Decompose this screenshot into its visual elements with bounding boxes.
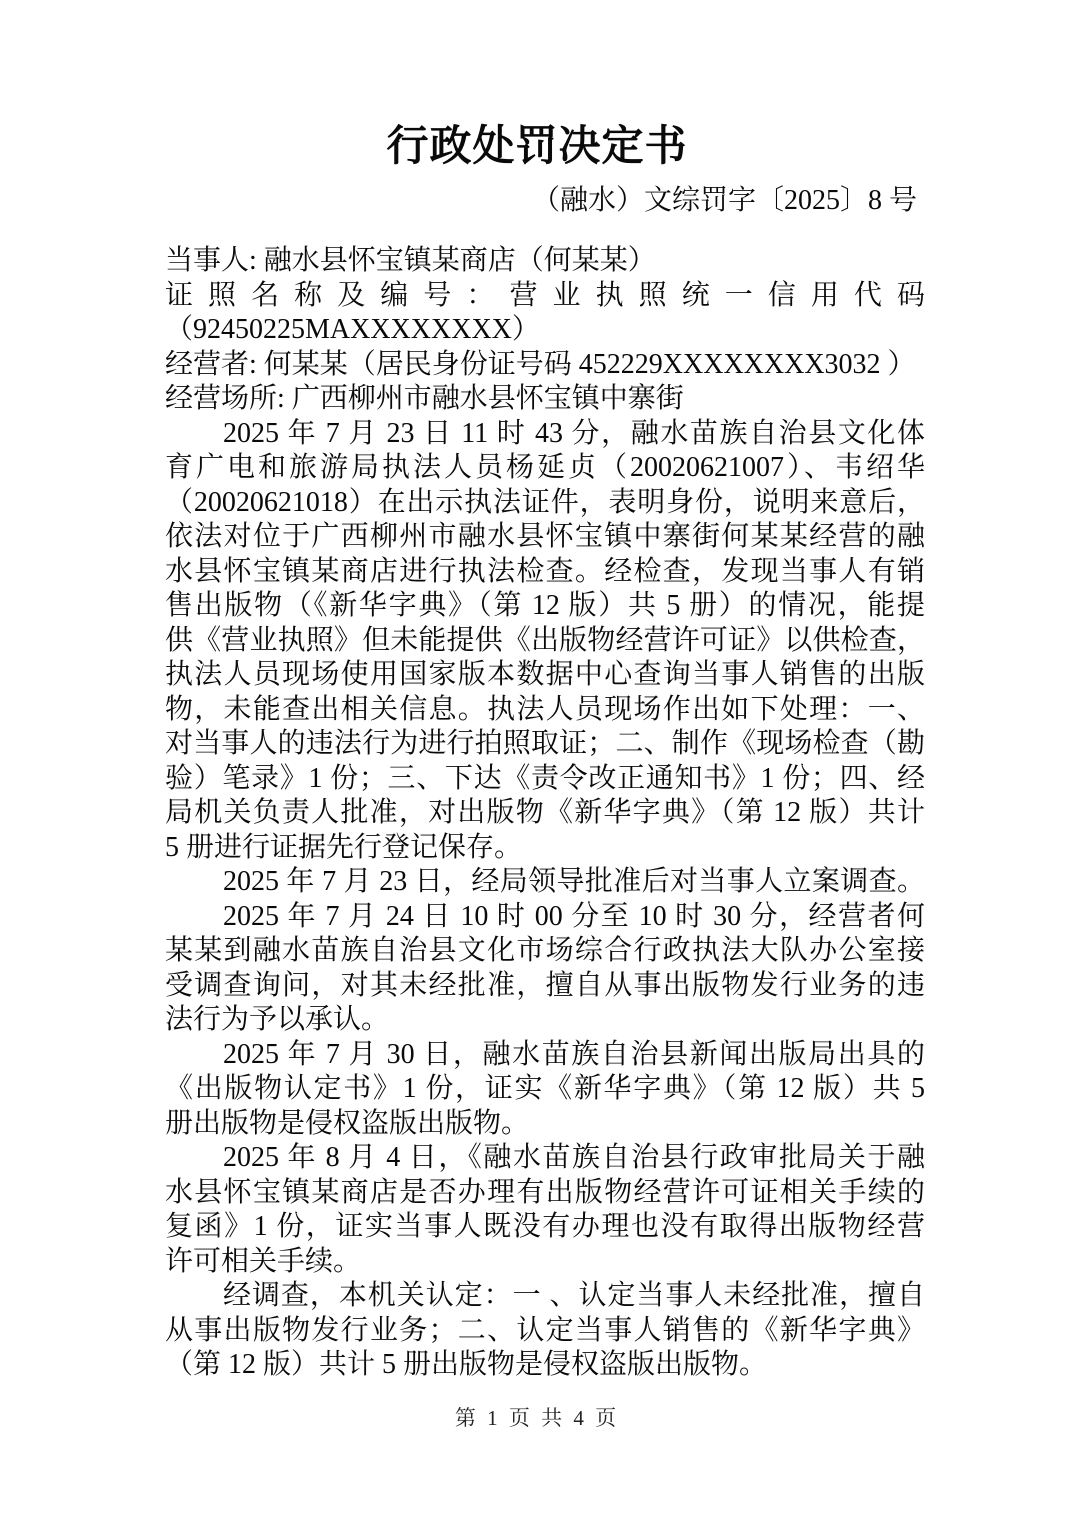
body-line: 受调查询问，对其未经批准，擅自从事出版物发行业务的违: [165, 969, 925, 1004]
body-line: 法行为予以承认。: [165, 1003, 925, 1038]
body-line: 2025 年 7 月 23 日，经局领导批准后对当事人立案调查。: [165, 865, 925, 900]
body-line: 2025 年 7 月 23 日 11 时 43 分，融水苗族自治县文化体: [165, 417, 925, 452]
page-number-footer: 第 1 页 共 4 页: [0, 1406, 1074, 1430]
body-line: 依法对位于广西柳州市融水县怀宝镇中寨街何某某经营的融: [165, 520, 925, 555]
body-line: 《出版物认定书》1 份，证实《新华字典》（第 12 版）共 5: [165, 1072, 925, 1107]
body-line: 供《营业执照》但未能提供《出版物经营许可证》以供检查，: [165, 624, 925, 659]
body-line: 5 册进行证据先行登记保存。: [165, 831, 925, 866]
body-line: 当事人: 融水县怀宝镇某商店（何某某）: [165, 244, 925, 279]
body-line: （92450225MAXXXXXXXX）: [165, 313, 925, 348]
body-line: 验）笔录》1 份；三、下达《责令改正通知书》1 份；四、经: [165, 762, 925, 797]
body-line: 册出版物是侵权盗版出版物。: [165, 1107, 925, 1142]
body-line: 经调查，本机关认定：一 、认定当事人未经批准，擅自: [165, 1279, 925, 1314]
body-line: 水县怀宝镇某商店是否办理有出版物经营许可证相关手续的: [165, 1176, 925, 1211]
body-line: 局机关负责人批准，对出版物《新华字典》（第 12 版）共计: [165, 796, 925, 831]
document-page: 行政处罚决定书 （融水）文综罚字〔2025〕8 号 当事人: 融水县怀宝镇某商店…: [0, 0, 1074, 1520]
body-line: 从事出版物发行业务；二、认定当事人销售的《新华字典》: [165, 1314, 925, 1349]
body-line: 育广电和旅游局执法人员杨延贞（20020621007）、韦绍华: [165, 451, 925, 486]
body-line: 2025 年 7 月 30 日，融水苗族自治县新闻出版局出具的: [165, 1038, 925, 1073]
body-line: 对当事人的违法行为进行拍照取证；二、制作《现场检查（勘: [165, 727, 925, 762]
body-line: 某某到融水苗族自治县文化市场综合行政执法大队办公室接: [165, 934, 925, 969]
body-line: 复函》1 份，证实当事人既没有办理也没有取得出版物经营: [165, 1210, 925, 1245]
body-line: 2025 年 7 月 24 日 10 时 00 分至 10 时 30 分，经营者…: [165, 900, 925, 935]
body-line: 经营者: 何某某（居民身份证号码 452229XXXXXXXX3032 ）: [165, 348, 925, 383]
body-line: 售出版物（《新华字典》（第 12 版）共 5 册）的情况，能提: [165, 589, 925, 624]
body-line: 许可相关手续。: [165, 1245, 925, 1280]
body-line: 物，未能查出相关信息。执法人员现场作出如下处理：一、: [165, 693, 925, 728]
body-line: 执法人员现场使用国家版本数据中心查询当事人销售的出版: [165, 658, 925, 693]
document-number: （融水）文综罚字〔2025〕8 号: [0, 186, 1074, 216]
document-title: 行政处罚决定书: [0, 124, 1074, 170]
body-line: 水县怀宝镇某商店进行执法检查。经检查，发现当事人有销: [165, 555, 925, 590]
body-line: 2025 年 8 月 4 日，《融水苗族自治县行政审批局关于融: [165, 1141, 925, 1176]
body-line: 经营场所: 广西柳州市融水县怀宝镇中寨街: [165, 382, 925, 417]
body-line: （20020621018）在出示执法证件，表明身份，说明来意后，: [165, 486, 925, 521]
body-line: 证照名称及编号：营业执照统一信用代码: [165, 279, 925, 314]
body-line: （第 12 版）共计 5 册出版物是侵权盗版出版物。: [165, 1348, 925, 1383]
document-body: 当事人: 融水县怀宝镇某商店（何某某）证照名称及编号：营业执照统一信用代码（92…: [165, 244, 925, 1383]
